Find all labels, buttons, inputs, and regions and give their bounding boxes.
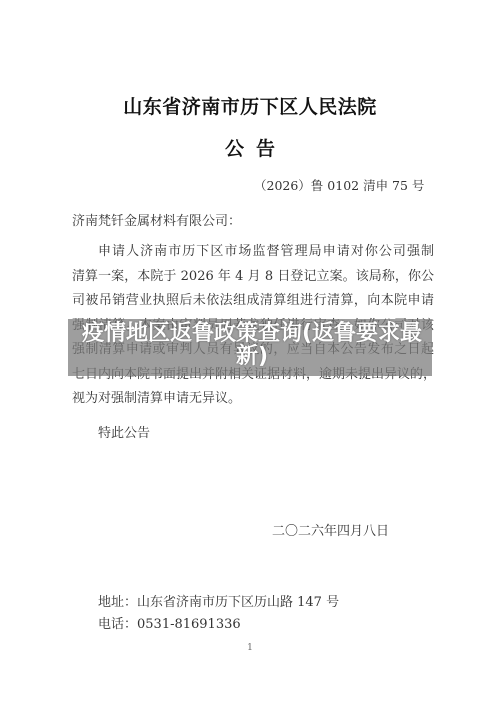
overlay-title: 疫情地区返鲁政策查询(返鲁要求最新) — [72, 322, 432, 368]
body-line: 视为对强制清算申请无异议。 — [72, 387, 434, 412]
body-line: 司被吊销营业执照后未依法组成清算组进行清算，向本院申请 — [72, 289, 434, 314]
closing-text: 特此公告 — [98, 422, 150, 441]
notice-title: 公告 — [0, 134, 500, 161]
page-number: 1 — [0, 643, 500, 653]
body-line: 清算一案，本院于 2026 年 4 月 8 日登记立案。该局称，你公 — [72, 265, 434, 290]
court-phone: 电话：0531-81691336 — [98, 613, 241, 632]
court-address: 地址：山东省济南市历下区历山路 147 号 — [98, 591, 339, 610]
addressee: 济南梵钎金属材料有限公司： — [72, 210, 241, 229]
case-number: （2026）鲁 0102 清申 75 号 — [254, 176, 424, 194]
notice-date: 二〇二六年四月八日 — [272, 520, 389, 539]
court-title: 山东省济南市历下区人民法院 — [0, 92, 500, 119]
body-line: 申请人济南市历下区市场监督管理局申请对你公司强制 — [72, 240, 434, 265]
